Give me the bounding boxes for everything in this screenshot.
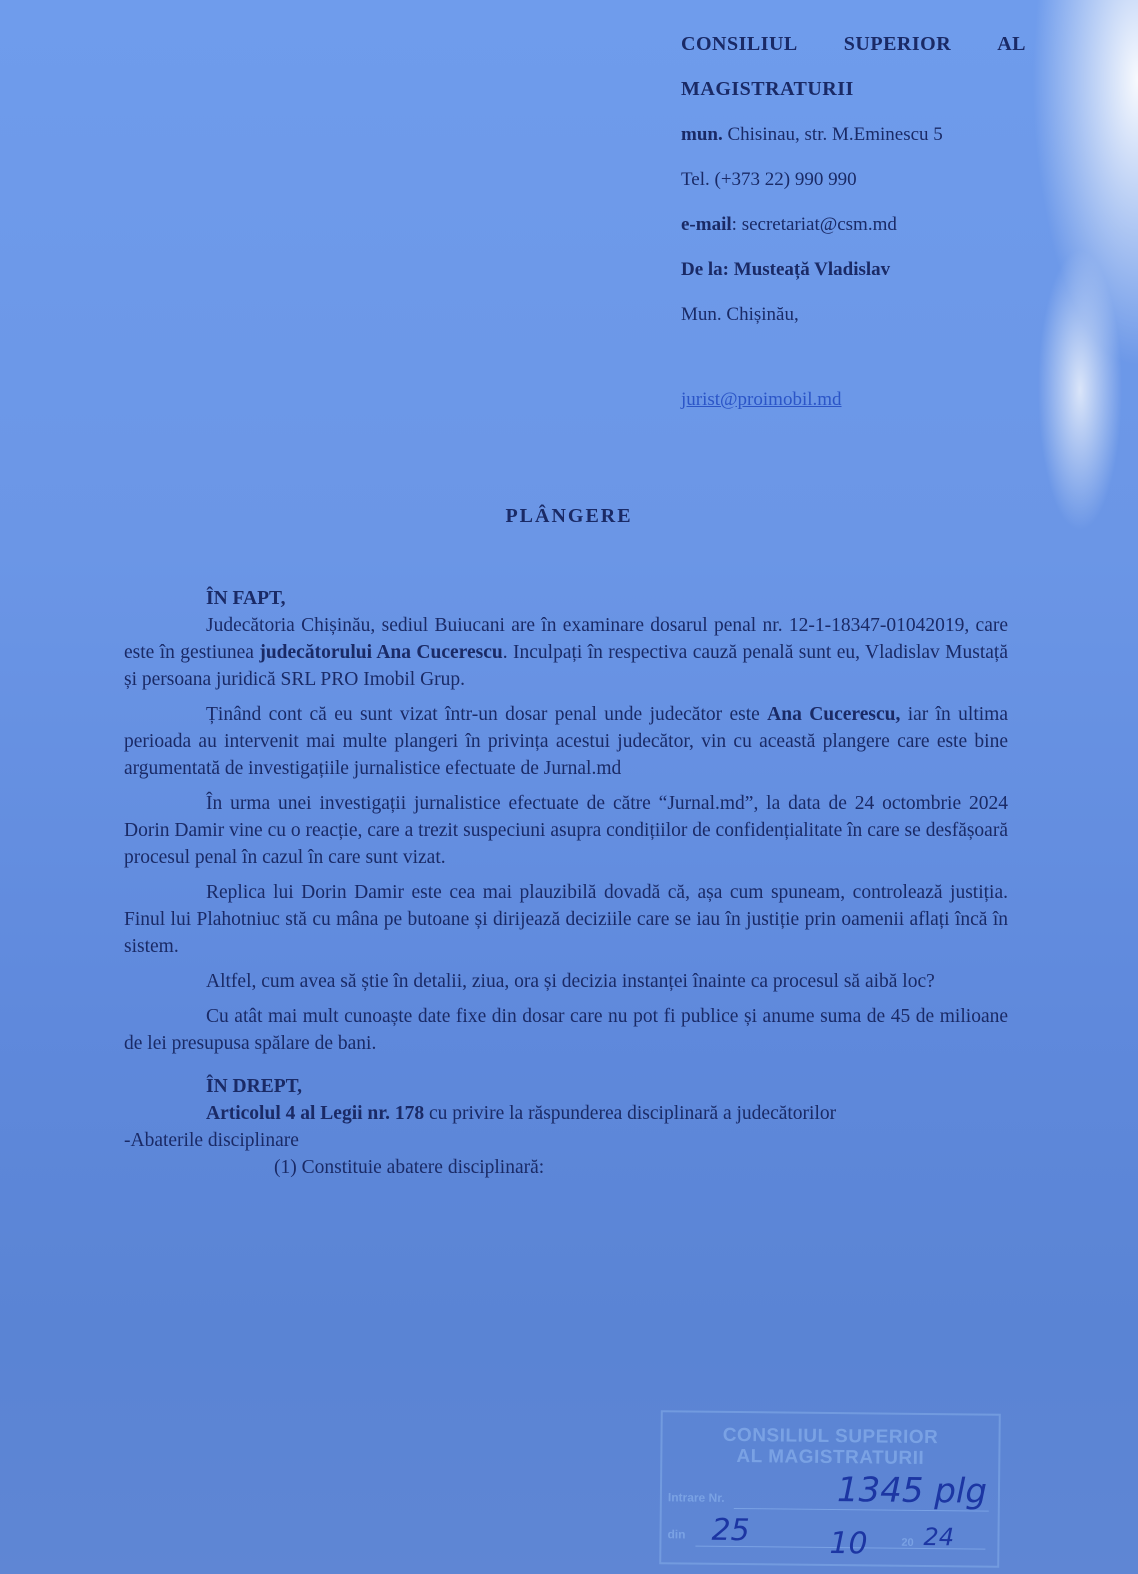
law-article: Articolul 4 al Legii nr. 178 cu privire …	[124, 1100, 1008, 1127]
fact-paragraph: Ținând cont că eu sunt vizat într-un dos…	[124, 701, 1008, 782]
address-value: Chisinau, str. M.Eminescu 5	[727, 124, 942, 145]
recipient-address: mun. Chisinau, str. M.Eminescu 5	[681, 112, 1026, 157]
recipient-org-line1: CONSILIUL SUPERIOR AL	[681, 22, 1026, 67]
address-block: CONSILIUL SUPERIOR AL MAGISTRATURII mun.…	[681, 22, 1026, 422]
sender-email-line: jurist@proimobil.md	[681, 377, 1026, 422]
org-word: CONSILIUL	[681, 22, 798, 67]
sender-name: Musteață Vladislav	[734, 259, 890, 280]
sender-line: De la: Musteață Vladislav	[681, 247, 1026, 292]
law-subtitle: -Abaterile disciplinare	[124, 1127, 1008, 1154]
handwritten-day: 25	[711, 1513, 750, 1548]
fact-paragraph: Judecătoria Chișinău, sediul Buiucani ar…	[124, 612, 1008, 693]
recipient-org-line2: MAGISTRATURII	[681, 67, 1026, 112]
stamp-title-line2: AL MAGISTRATURII	[662, 1445, 998, 1470]
address-label: mun.	[681, 124, 723, 145]
email-separator: :	[732, 214, 742, 235]
fact-paragraph: Cu atât mai mult cunoaște date fixe din …	[124, 1003, 1008, 1057]
stamp-title: CONSILIUL SUPERIOR AL MAGISTRATURII	[662, 1424, 998, 1470]
stamp-year-prefix: 20	[901, 1537, 913, 1549]
org-word: AL	[997, 22, 1026, 67]
fact-paragraph: Altfel, cum avea să știe în detalii, ziu…	[124, 968, 1008, 995]
emphasized-text: Ana Cucerescu,	[767, 704, 900, 725]
paragraph-text: Replica lui Dorin Damir este cea mai pla…	[124, 882, 1008, 957]
fact-paragraph: Replica lui Dorin Damir este cea mai pla…	[124, 879, 1008, 960]
sender-email-link[interactable]: jurist@proimobil.md	[681, 389, 842, 410]
paragraph-text: Cu atât mai mult cunoaște date fixe din …	[124, 1006, 1008, 1054]
fact-paragraphs: Judecătoria Chișinău, sediul Buiucani ar…	[124, 612, 1008, 1057]
org-word: SUPERIOR	[844, 22, 951, 67]
fact-paragraph: În urma unei investigații jurnalistice e…	[124, 790, 1008, 871]
document-page: CONSILIUL SUPERIOR AL MAGISTRATURII mun.…	[0, 0, 1138, 1574]
document-body: ÎN FAPT, Judecătoria Chișinău, sediul Bu…	[124, 585, 1008, 1181]
section-heading-fact: ÎN FAPT,	[124, 585, 1008, 612]
handwritten-month: 10	[829, 1526, 868, 1561]
stamp-entry-label: Intrare Nr.	[668, 1490, 725, 1505]
registration-stamp: CONSILIUL SUPERIOR AL MAGISTRATURII Intr…	[659, 1410, 1001, 1568]
document-title: PLÂNGERE	[0, 505, 1138, 528]
sender-city: Mun. Chișinău,	[681, 292, 1026, 337]
stamp-date-label: din	[667, 1527, 685, 1541]
law-point: (1) Constituie abatere disciplinară:	[124, 1154, 1008, 1181]
emphasized-text: judecătorului Ana Cucerescu	[259, 642, 502, 663]
email-value: secretariat@csm.md	[742, 214, 897, 235]
email-label: e-mail	[681, 214, 732, 235]
paragraph-text: Ținând cont că eu sunt vizat într-un dos…	[206, 704, 767, 725]
handwritten-entry-number: 1345 plg	[837, 1470, 987, 1512]
sender-label: De la:	[681, 259, 729, 280]
paragraph-text: În urma unei investigații jurnalistice e…	[124, 793, 1008, 868]
recipient-phone: Tel. (+373 22) 990 990	[681, 157, 1026, 202]
recipient-email: e-mail: secretariat@csm.md	[681, 202, 1026, 247]
law-article-text: cu privire la răspunderea disciplinară a…	[424, 1103, 836, 1124]
section-heading-law: ÎN DREPT,	[124, 1073, 1008, 1100]
handwritten-year: 24	[923, 1523, 954, 1551]
law-article-title: Articolul 4 al Legii nr. 178	[206, 1103, 424, 1124]
paragraph-text: Altfel, cum avea să știe în detalii, ziu…	[206, 971, 935, 992]
